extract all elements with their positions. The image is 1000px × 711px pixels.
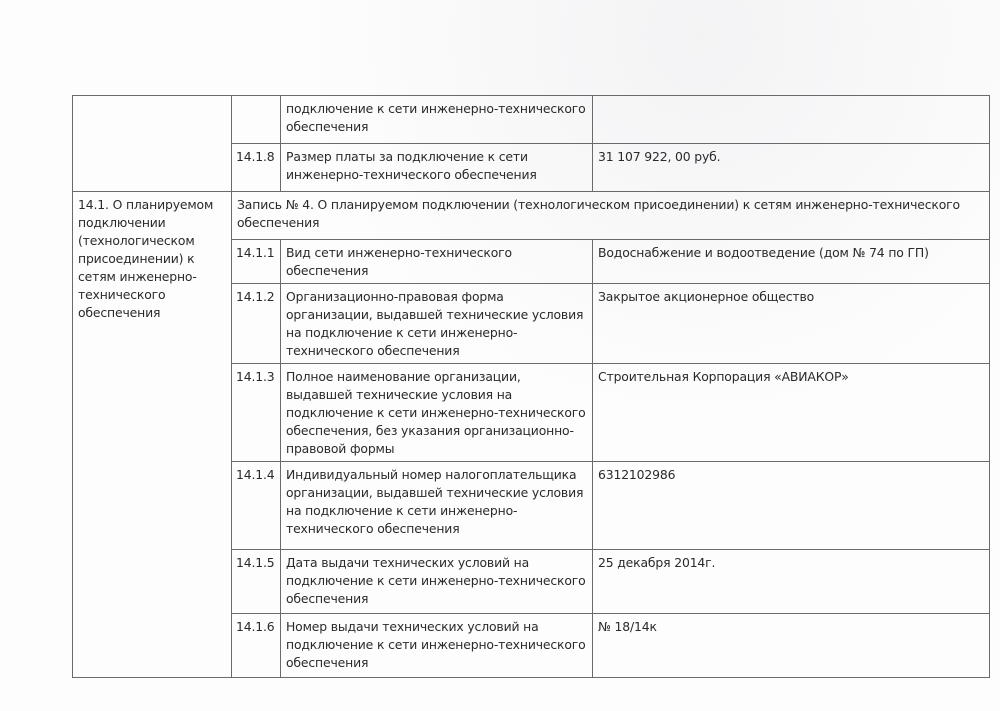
item-value: 6312102986 xyxy=(593,462,990,550)
item-number xyxy=(232,96,281,144)
item-label: Вид сети инженерно-технического обеспече… xyxy=(281,240,593,284)
item-value xyxy=(593,96,990,144)
item-label: Дата выдачи технических условий на подкл… xyxy=(281,550,593,614)
item-number: 14.1.2 xyxy=(232,284,281,364)
item-label: Организационно-правовая форма организаци… xyxy=(281,284,593,364)
item-number: 14.1.4 xyxy=(232,462,281,550)
item-label: Индивидуальный номер налогоплательщика о… xyxy=(281,462,593,550)
item-value: № 18/14к xyxy=(593,614,990,678)
section-cell-previous xyxy=(73,96,232,192)
item-number: 14.1.8 xyxy=(232,144,281,192)
record-heading-row: 14.1. О планируемом подключении (техноло… xyxy=(73,192,990,240)
item-label: Размер платы за подключение к сети инжен… xyxy=(281,144,593,192)
section-title: 14.1. О планируемом подключении (техноло… xyxy=(73,192,232,678)
table-row-continued: подключение к сети инженерно-техническог… xyxy=(73,96,990,144)
item-number: 14.1.6 xyxy=(232,614,281,678)
scanned-page: подключение к сети инженерно-техническог… xyxy=(0,0,1000,711)
item-value: 31 107 922, 00 руб. xyxy=(593,144,990,192)
item-label: Полное наименование организации, выдавше… xyxy=(281,364,593,462)
item-label: Номер выдачи технических условий на подк… xyxy=(281,614,593,678)
item-label: подключение к сети инженерно-техническог… xyxy=(281,96,593,144)
item-value: Закрытое акционерное общество xyxy=(593,284,990,364)
item-value: Строительная Корпорация «АВИАКОР» xyxy=(593,364,990,462)
item-number: 14.1.3 xyxy=(232,364,281,462)
item-number: 14.1.1 xyxy=(232,240,281,284)
record-heading: Запись № 4. О планируемом подключении (т… xyxy=(232,192,990,240)
disclosure-table: подключение к сети инженерно-техническог… xyxy=(72,95,990,678)
item-value: Водоснабжение и водоотведение (дом № 74 … xyxy=(593,240,990,284)
item-value: 25 декабря 2014г. xyxy=(593,550,990,614)
item-number: 14.1.5 xyxy=(232,550,281,614)
